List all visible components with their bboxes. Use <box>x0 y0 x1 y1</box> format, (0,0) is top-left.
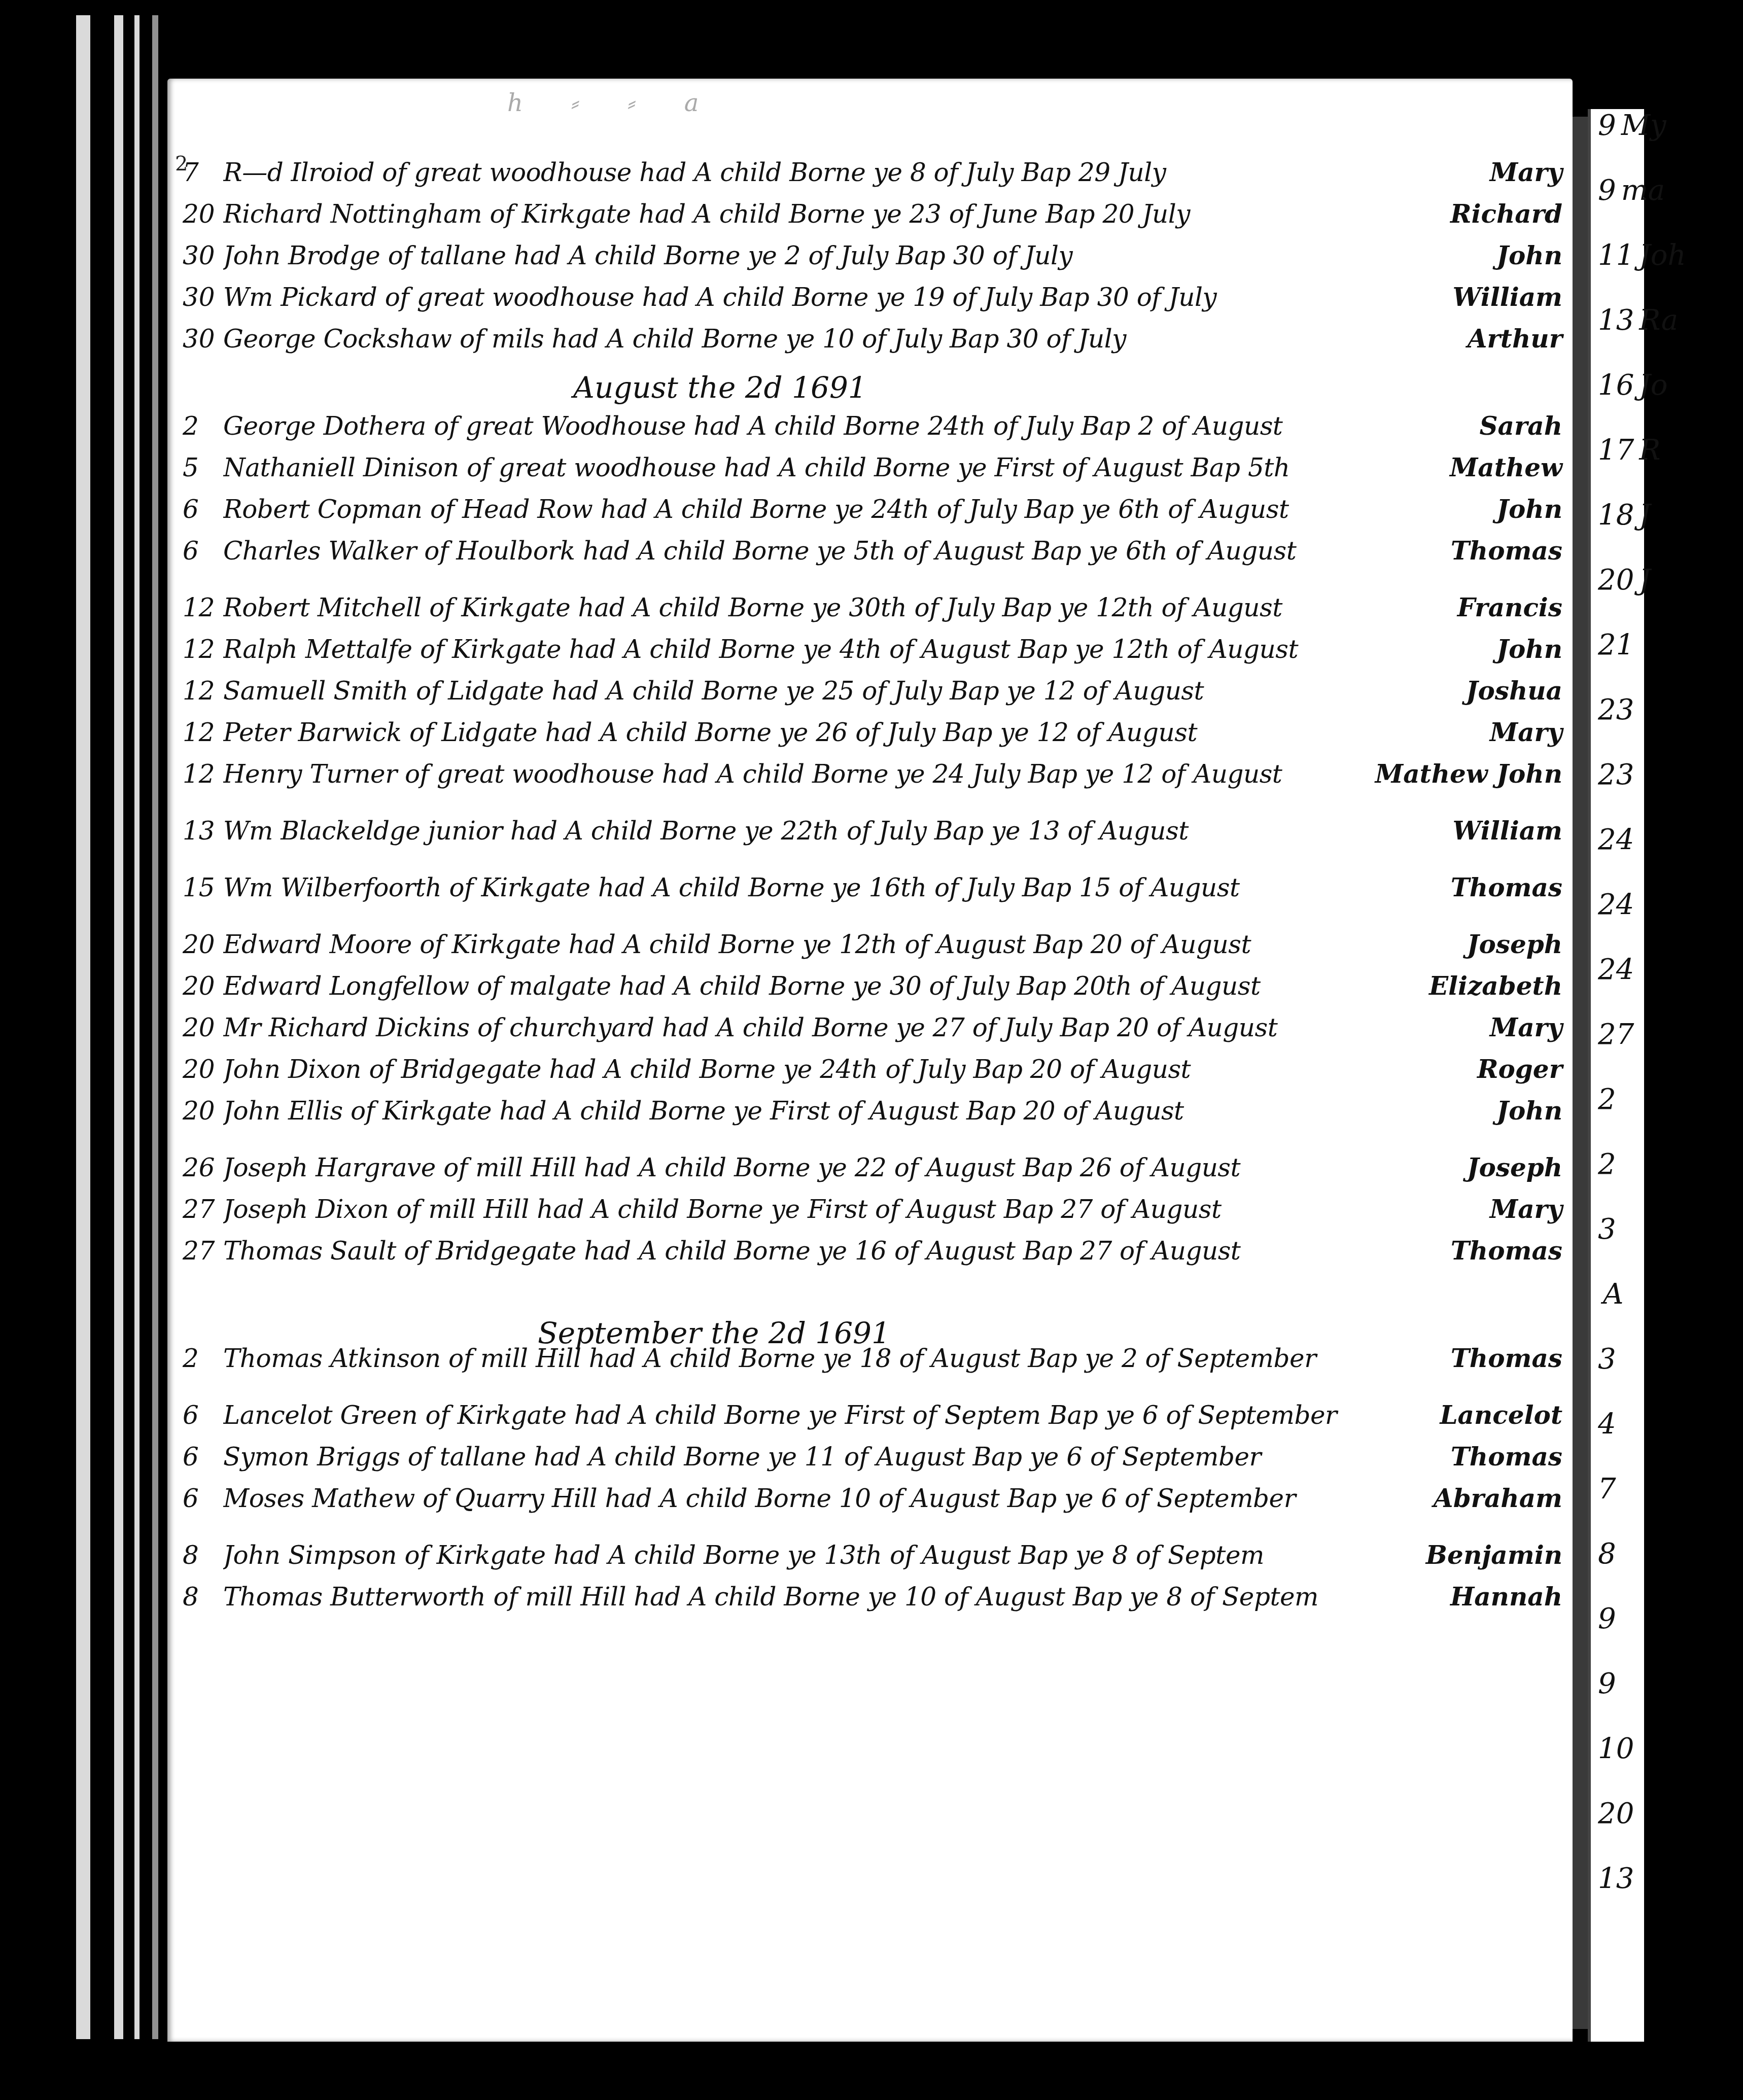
section-heading: August the 2d 1691 <box>183 370 1562 411</box>
entry-day: 12 <box>183 593 223 622</box>
child-name: Mary <box>1490 1194 1562 1224</box>
register-entry: 20Richard Nottingham of Kirkgate had A c… <box>183 199 1562 240</box>
day-number: 16 <box>1598 369 1634 402</box>
entry-text: Thomas Sault of Bridgegate had A child B… <box>223 1236 1436 1266</box>
entry-text: Moses Mathew of Quarry Hill had A child … <box>223 1484 1418 1513</box>
spine-edge <box>134 15 140 2039</box>
adjacent-day-number: 3 <box>1598 1343 1621 1376</box>
day-number: 3 <box>1598 1343 1616 1376</box>
day-number: 23 <box>1598 758 1634 791</box>
child-name: William <box>1452 816 1562 846</box>
entry-text: Robert Mitchell of Kirkgate had A child … <box>223 593 1442 622</box>
adjacent-day-number: 11Joh <box>1598 239 1686 272</box>
entry-day: 12 <box>183 676 223 706</box>
entry-text: R—d Ilroiod of great woodhouse had A chi… <box>223 158 1475 187</box>
entry-text: Peter Barwick of Lidgate had A child Bor… <box>223 718 1475 747</box>
child-name: Benjamin <box>1426 1540 1562 1570</box>
day-number: 9 <box>1598 174 1616 207</box>
child-name: Roger <box>1477 1054 1562 1084</box>
child-name: Arthur <box>1468 324 1562 354</box>
adjacent-day-number: 10 <box>1598 1732 1639 1765</box>
entry-day: 8 <box>183 1541 223 1570</box>
adjacent-day-number: A <box>1598 1278 1623 1311</box>
entry-day: 7 <box>183 158 223 187</box>
entry-text: Mr Richard Dickins of churchyard had A c… <box>223 1013 1475 1042</box>
day-number: 23 <box>1598 693 1634 726</box>
adjacent-day-number: 21 <box>1598 628 1639 661</box>
name-fragment: J <box>1639 499 1650 532</box>
entry-day: 6 <box>183 495 223 524</box>
entry-day: 20 <box>183 1096 223 1126</box>
adjacent-day-number: 23 <box>1598 693 1639 726</box>
day-number: 11 <box>1598 239 1634 272</box>
day-number: 13 <box>1598 304 1634 337</box>
entry-text: Thomas Atkinson of mill Hill had A child… <box>223 1344 1436 1373</box>
day-number: 17 <box>1598 434 1634 467</box>
register-entry: 30George Cockshaw of mils had A child Bo… <box>183 324 1562 365</box>
entry-day: 5 <box>183 453 223 482</box>
adjacent-day-number: 9 <box>1598 1667 1621 1700</box>
register-entry: 20Mr Richard Dickins of churchyard had A… <box>183 1012 1562 1054</box>
entry-day: 20 <box>183 1055 223 1084</box>
adjacent-day-number: 2 <box>1598 1148 1621 1181</box>
spine-edge <box>76 15 90 2039</box>
entry-text: Robert Copman of Head Row had A child Bo… <box>223 495 1481 524</box>
entry-day: 20 <box>183 971 223 1001</box>
page-header: h ⸗ ⸗ a <box>507 89 719 117</box>
adjacent-day-number: 3 <box>1598 1213 1621 1246</box>
child-name: Mathew John <box>1375 759 1562 789</box>
adjacent-day-number: 9My <box>1598 109 1666 142</box>
entry-day: 27 <box>183 1195 223 1224</box>
child-name: Joseph <box>1467 929 1562 959</box>
day-number: 10 <box>1598 1732 1634 1765</box>
adjacent-day-number: 13 <box>1598 1862 1639 1895</box>
name-fragment: Ra <box>1639 304 1678 337</box>
entry-day: 20 <box>183 1013 223 1042</box>
day-number: 24 <box>1598 953 1634 986</box>
adjacent-day-number: 24 <box>1598 953 1639 986</box>
name-fragment: A <box>1603 1278 1623 1311</box>
child-name: Mary <box>1490 717 1562 747</box>
name-fragment: Jo <box>1639 369 1667 402</box>
child-name: Mary <box>1490 1012 1562 1042</box>
register-entry: 30Wm Pickard of great woodhouse had A ch… <box>183 282 1562 324</box>
child-name: Mary <box>1490 157 1562 187</box>
child-name: John <box>1496 1096 1562 1126</box>
adjacent-day-number: 7 <box>1598 1473 1621 1506</box>
register-entry: 6Charles Walker of Houlbork had A child … <box>183 536 1562 577</box>
entry-text: Edward Longfellow of malgate had A child… <box>223 971 1414 1001</box>
child-name: Thomas <box>1451 536 1562 566</box>
register-entry: 5Nathaniell Dinison of great woodhouse h… <box>183 452 1562 494</box>
register-entry: 13Wm Blackeldge junior had A child Borne… <box>183 816 1562 857</box>
entry-day: 6 <box>183 536 223 566</box>
entry-day: 2 <box>183 1344 223 1373</box>
register-entry: 27Joseph Dixon of mill Hill had A child … <box>183 1194 1562 1236</box>
section-heading: September the 2d 1691 <box>183 1323 1562 1343</box>
register-entry: 6Moses Mathew of Quarry Hill had A child… <box>183 1483 1562 1525</box>
day-number: 2 <box>1598 1148 1616 1181</box>
name-fragment: Joh <box>1639 239 1686 272</box>
register-entry: 8John Simpson of Kirkgate had A child Bo… <box>183 1540 1562 1582</box>
adjacent-day-number: 13Ra <box>1598 304 1678 337</box>
entry-text: Samuell Smith of Lidgate had A child Bor… <box>223 676 1451 706</box>
register-entry: 20John Ellis of Kirkgate had A child Bor… <box>183 1096 1562 1137</box>
book-spine <box>0 0 172 2100</box>
entry-text: John Brodge of tallane had A child Borne… <box>223 241 1481 270</box>
child-name: Joshua <box>1466 676 1562 706</box>
register-entry: 20Edward Longfellow of malgate had A chi… <box>183 971 1562 1012</box>
spine-edge <box>152 15 158 2039</box>
adjacent-day-number: 9ma <box>1598 174 1665 207</box>
adjacent-day-number: 20J <box>1598 564 1651 597</box>
child-name: Richard <box>1450 199 1562 229</box>
day-number: 13 <box>1598 1862 1634 1895</box>
day-number: 21 <box>1598 628 1634 661</box>
register-entry: 8Thomas Butterworth of mill Hill had A c… <box>183 1582 1562 1623</box>
entry-day: 30 <box>183 241 223 270</box>
entry-text: John Dixon of Bridgegate had A child Bor… <box>223 1055 1462 1084</box>
child-name: Hannah <box>1450 1582 1562 1612</box>
name-fragment: J <box>1639 564 1650 597</box>
entry-day: 20 <box>183 930 223 959</box>
spine-edge <box>114 15 123 2039</box>
entry-text: Wm Pickard of great woodhouse had A chil… <box>223 283 1437 312</box>
entry-day: 6 <box>183 1401 223 1430</box>
adjacent-day-number: 27 <box>1598 1018 1639 1051</box>
child-name: Thomas <box>1451 1442 1562 1472</box>
child-name: Joseph <box>1467 1152 1562 1182</box>
entry-day: 30 <box>183 283 223 312</box>
day-number: 7 <box>1598 1473 1616 1506</box>
register-entry: 20Edward Moore of Kirkgate had A child B… <box>183 929 1562 971</box>
entry-text: Thomas Butterworth of mill Hill had A ch… <box>223 1582 1435 1612</box>
name-fragment: ma <box>1621 174 1665 207</box>
entry-day: 13 <box>183 816 223 846</box>
child-name: Abraham <box>1434 1483 1562 1513</box>
register-entry: 12Robert Mitchell of Kirkgate had A chil… <box>183 592 1562 634</box>
entry-text: Joseph Dixon of mill Hill had A child Bo… <box>223 1195 1475 1224</box>
adjacent-day-number: 17R <box>1598 434 1660 467</box>
child-name: Sarah <box>1479 411 1562 441</box>
entry-day: 6 <box>183 1442 223 1472</box>
register-entry: 6Robert Copman of Head Row had A child B… <box>183 494 1562 536</box>
entry-day: 6 <box>183 1484 223 1513</box>
register-entry: 12Peter Barwick of Lidgate had A child B… <box>183 717 1562 759</box>
register-entry: 2George Dothera of great Woodhouse had A… <box>183 411 1562 452</box>
entry-day: 20 <box>183 199 223 229</box>
register-entry: 30John Brodge of tallane had A child Bor… <box>183 240 1562 282</box>
entry-text: George Dothera of great Woodhouse had A … <box>223 411 1464 441</box>
entry-day: 8 <box>183 1582 223 1612</box>
register-entry: 2Thomas Atkinson of mill Hill had A chil… <box>183 1343 1562 1385</box>
register-entry: 6Symon Briggs of tallane had A child Bor… <box>183 1442 1562 1483</box>
adjacent-day-number: 18J <box>1598 499 1651 532</box>
entry-day: 2 <box>183 411 223 441</box>
entry-day: 12 <box>183 635 223 664</box>
day-number: 9 <box>1598 109 1616 142</box>
entry-text: Joseph Hargrave of mill Hill had A child… <box>223 1153 1452 1182</box>
day-number: 20 <box>1598 1797 1634 1830</box>
child-name: John <box>1496 634 1562 664</box>
day-number: 9 <box>1598 1602 1616 1635</box>
day-number: 24 <box>1598 823 1634 856</box>
adjacent-day-number: 23 <box>1598 758 1639 791</box>
adjacent-day-number: 8 <box>1598 1537 1621 1570</box>
day-number: 18 <box>1598 499 1634 532</box>
entry-day: 26 <box>183 1153 223 1182</box>
register-entries: 7R—d Ilroiod of great woodhouse had A ch… <box>183 157 1562 1623</box>
entry-text: Charles Walker of Houlbork had A child B… <box>223 536 1436 566</box>
child-name: Thomas <box>1451 1343 1562 1373</box>
child-name: Thomas <box>1451 872 1562 902</box>
child-name: William <box>1452 282 1562 312</box>
register-entry: 26Joseph Hargrave of mill Hill had A chi… <box>183 1152 1562 1194</box>
adjacent-day-number: 24 <box>1598 888 1639 921</box>
entry-day: 12 <box>183 718 223 747</box>
child-name: John <box>1496 240 1562 270</box>
day-number: 24 <box>1598 888 1634 921</box>
entry-text: Wm Wilberfoorth of Kirkgate had A child … <box>223 873 1436 902</box>
register-entry: 20John Dixon of Bridgegate had A child B… <box>183 1054 1562 1096</box>
child-name: Mathew <box>1450 452 1562 482</box>
adjacent-day-number: 24 <box>1598 823 1639 856</box>
day-number: 2 <box>1598 1083 1616 1116</box>
entry-day: 27 <box>183 1236 223 1266</box>
day-number: 8 <box>1598 1537 1616 1570</box>
adjacent-day-number: 4 <box>1598 1408 1621 1441</box>
child-name: Francis <box>1457 592 1562 622</box>
register-entry: 6Lancelot Green of Kirkgate had A child … <box>183 1400 1562 1442</box>
entry-text: Henry Turner of great woodhouse had A ch… <box>223 759 1360 789</box>
entry-text: Lancelot Green of Kirkgate had A child B… <box>223 1401 1424 1430</box>
entry-text: John Ellis of Kirkgate had A child Borne… <box>223 1096 1481 1126</box>
entry-day: 15 <box>183 873 223 902</box>
child-name: Lancelot <box>1440 1400 1562 1430</box>
child-name: John <box>1496 494 1562 524</box>
child-name: Thomas <box>1451 1236 1562 1266</box>
entry-day: 30 <box>183 324 223 354</box>
day-number: 4 <box>1598 1408 1616 1441</box>
day-number: 27 <box>1598 1018 1634 1051</box>
day-number: 9 <box>1598 1667 1616 1700</box>
name-fragment: My <box>1621 109 1666 142</box>
day-number: 20 <box>1598 564 1634 597</box>
adjacent-day-number: 16Jo <box>1598 369 1667 402</box>
entry-text: Richard Nottingham of Kirkgate had A chi… <box>223 199 1435 229</box>
entry-text: Symon Briggs of tallane had A child Born… <box>223 1442 1436 1472</box>
register-entry: 27Thomas Sault of Bridgegate had A child… <box>183 1236 1562 1277</box>
adjacent-day-number: 2 <box>1598 1083 1621 1116</box>
register-entry: 15Wm Wilberfoorth of Kirkgate had A chil… <box>183 872 1562 914</box>
entry-text: Ralph Mettalfe of Kirkgate had A child B… <box>223 635 1481 664</box>
adjacent-day-number: 9 <box>1598 1602 1621 1635</box>
register-entry: 12Henry Turner of great woodhouse had A … <box>183 759 1562 800</box>
scan-background <box>1674 0 1743 2100</box>
entry-text: George Cockshaw of mils had A child Born… <box>223 324 1452 354</box>
register-entry: 12Ralph Mettalfe of Kirkgate had A child… <box>183 634 1562 676</box>
entry-text: Nathaniell Dinison of great woodhouse ha… <box>223 453 1435 482</box>
register-entry: 12Samuell Smith of Lidgate had A child B… <box>183 676 1562 717</box>
register-entry: 7R—d Ilroiod of great woodhouse had A ch… <box>183 157 1562 199</box>
adjacent-day-number: 20 <box>1598 1797 1639 1830</box>
entry-text: Wm Blackeldge junior had A child Borne y… <box>223 816 1437 846</box>
entry-day: 12 <box>183 759 223 789</box>
day-number: 3 <box>1598 1213 1616 1246</box>
child-name: Elizabeth <box>1429 971 1562 1001</box>
name-fragment: R <box>1639 434 1660 467</box>
entry-text: Edward Moore of Kirkgate had A child Bor… <box>223 930 1452 959</box>
entry-text: John Simpson of Kirkgate had A child Bor… <box>223 1541 1411 1570</box>
